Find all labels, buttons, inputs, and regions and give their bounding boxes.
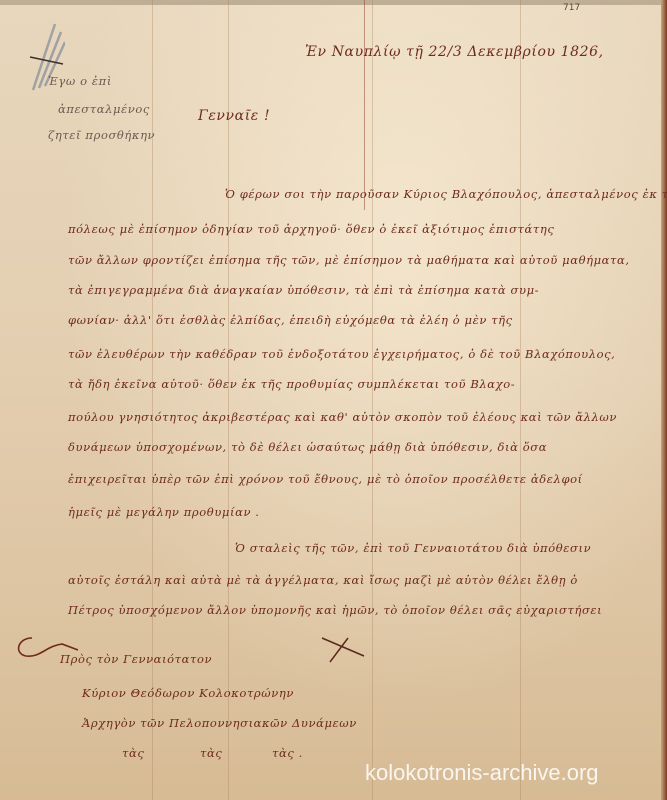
cross-mark-icon	[312, 636, 382, 666]
body-line: δυνάμεων ὑποσχομένων, τὸ δὲ θέλει ὡσαύτω…	[68, 440, 547, 454]
watermark: kolokotronis-archive.org	[365, 760, 599, 786]
body-line: ἡμεῖς μὲ μεγάλην προθυμίαν .	[68, 505, 260, 519]
body-line: ἐπιχειρεῖται ὑπὲρ τῶν ἐπὶ χρόνον τοῦ ἔθν…	[68, 472, 583, 486]
signature-mark: τὰς	[200, 746, 222, 760]
body-line: τῶν ἐλευθέρων τὴν καθέδραν τοῦ ἐνδοξοτάτ…	[68, 347, 615, 361]
right-edge	[661, 0, 667, 800]
signature-mark: τὰς .	[272, 746, 303, 760]
body-line: Ὁ φέρων σοι τὴν παροῦσαν Κύριος Βλαχόπου…	[225, 187, 667, 201]
address-line: Κύριον Θεόδωρον Κολοκοτρώνην	[82, 686, 294, 700]
body-line: τὰ ἤδη ἐκεῖνα αὐτοῦ· ὅθεν ἐκ τῆς προθυμί…	[68, 377, 515, 391]
address-line: Πρὸς τὸν Γενναιότατον	[60, 652, 212, 666]
signature-mark: τὰς	[122, 746, 144, 760]
body-line: αὐτοῖς ἐστάλη καὶ αὐτὰ μὲ τὰ ἀγγέλματα, …	[68, 573, 578, 587]
fold-line	[372, 0, 373, 800]
ink-ruling-line	[364, 0, 365, 210]
page-number: 717	[563, 3, 580, 13]
body-line: πόλεως μὲ ἐπίσημον ὁδηγίαν τοῦ ἀρχηγοῦ· …	[68, 222, 554, 236]
margin-note-line: ἀπεσταλμένος	[58, 102, 150, 116]
margin-note-line: Ἐγω ο ἐπὶ	[48, 74, 112, 88]
salutation: Γενναῖε !	[198, 108, 270, 124]
margin-note-line: ζητεῖ προσθήκην	[48, 128, 155, 142]
letter-page: 717 Ἐν Ναυπλίῳ τῇ 22/3 Δεκεμβρίου 1826, …	[0, 0, 667, 800]
body-line: τῶν ἄλλων φροντίζει ἐπίσημα τῆς τῶν, μὲ …	[68, 253, 630, 267]
fold-line	[520, 0, 521, 800]
fold-line	[152, 0, 153, 800]
body-line: τὰ ἐπιγεγραμμένα διὰ ἀναγκαίαν ὑπόθεσιν,…	[68, 283, 539, 297]
body-line: Ὁ σταλεὶς τῆς τῶν, ἐπὶ τοῦ Γενναιοτάτου …	[235, 541, 591, 555]
body-line: πούλου γνησιότητος ἀκριβεστέρας καὶ καθ'…	[68, 410, 617, 424]
body-line: Πέτρος ὑποσχόμενον ἄλλον ὑπομονῆς καὶ ἡμ…	[68, 603, 602, 617]
body-line: φωνίαν· ἀλλ' ὅτι ἐσθλὰς ἐλπίδας, ἐπειδὴ …	[68, 313, 513, 327]
address-line: Ἀρχηγὸν τῶν Πελοποννησιακῶν Δυνάμεων	[82, 716, 357, 730]
dateline: Ἐν Ναυπλίῳ τῇ 22/3 Δεκεμβρίου 1826,	[305, 44, 604, 60]
